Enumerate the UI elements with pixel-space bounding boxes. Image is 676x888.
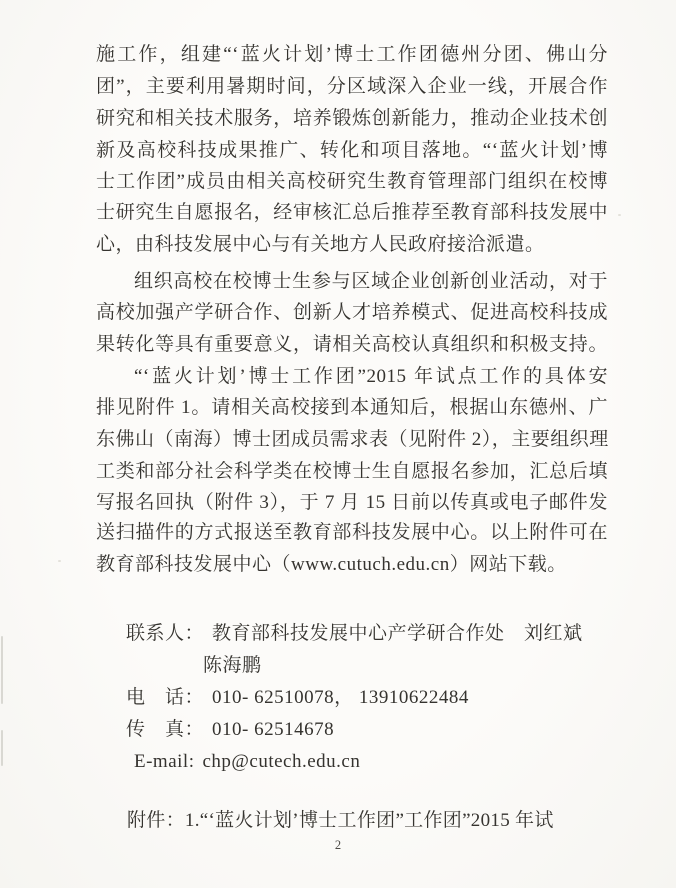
body-line: 工类和部分社会科学类在校博士生自愿报名参加，汇总后填 (96, 457, 608, 487)
body-line: “‘蓝火计划’博士工作团”2015 年试点工作的具体安 (96, 362, 608, 392)
phone-row: 电 话：010- 62510078， 13910622484 (126, 683, 469, 713)
body-line: 教育部科技发展中心（www.cutuch.edu.cn）网站下载。 (96, 550, 608, 580)
body-line: 排见附件 1。请相关高校接到本通知后，根据山东德州、广 (96, 393, 608, 423)
body-line: 研究和相关技术服务，培养锻炼创新能力，推动企业技术创 (96, 104, 608, 134)
contact-person-value: 教育部科技发展中心产学研合作处 刘红斌 (212, 623, 583, 644)
contact-person-row-2: 陈海鹏 (203, 651, 262, 681)
email-row: E-mail:chp@cutech.edu.cn (134, 747, 360, 777)
body-line: 士研究生自愿报名，经审核汇总后推荐至教育部科技发展中 (96, 198, 608, 228)
phone-value: 010- 62510078， 13910622484 (212, 687, 469, 708)
scan-speck (618, 214, 621, 216)
body-line: 新及高校科技成果推广、转化和项目落地。“‘蓝火计划’博 (96, 136, 608, 166)
email-value: chp@cutech.edu.cn (202, 751, 360, 772)
fax-value: 010- 62514678 (212, 719, 334, 740)
phone-label: 电 话： (126, 687, 204, 708)
body-line: 心，由科技发展中心与有关地方人民政府接洽派遣。 (96, 230, 608, 260)
body-line: 东佛山（南海）博士团成员需求表（见附件 2），主要组织理 (96, 425, 608, 455)
document-page: 施工作，组建“‘蓝火计划’博士工作团德州分团、佛山分 团”，主要利用暑期时间，分… (0, 0, 676, 888)
body-line: 送扫描件的方式报送至教育部科技发展中心。以上附件可在 (96, 518, 608, 548)
body-line: 高校加强产学研合作、创新人才培养模式、促进高校科技成 (96, 298, 608, 328)
body-line: 果转化等具有重要意义，请相关高校认真组织和积极支持。 (96, 330, 608, 360)
body-line: 团”，主要利用暑期时间，分区域深入企业一线，开展合作 (96, 72, 608, 102)
contact-person-label: 联系人： (126, 623, 204, 644)
page-number: 2 (0, 838, 676, 853)
fax-label: 传 真： (126, 719, 204, 740)
fax-row: 传 真：010- 62514678 (126, 715, 334, 745)
scan-artifact-line (1, 636, 3, 704)
body-line: 士工作团”成员由相关高校研究生教育管理部门组织在校博 (96, 167, 608, 197)
contact-person-row: 联系人：教育部科技发展中心产学研合作处 刘红斌 (126, 619, 583, 649)
attachments-line: 附件：1.“‘蓝火计划’博士工作团”工作团”2015 年试 (127, 806, 554, 836)
body-line: 施工作，组建“‘蓝火计划’博士工作团德州分团、佛山分 (96, 40, 608, 70)
email-label: E-mail: (134, 751, 194, 772)
scan-artifact-line (1, 730, 3, 766)
scan-speck (58, 560, 61, 562)
body-line: 写报名回执（附件 3），于 7 月 15 日前以传真或电子邮件发 (96, 488, 608, 518)
body-line: 组织高校在校博士生参与区域企业创新创业活动，对于 (96, 267, 608, 297)
contact-person-value-2: 陈海鹏 (203, 655, 262, 676)
scan-speck (160, 300, 163, 302)
